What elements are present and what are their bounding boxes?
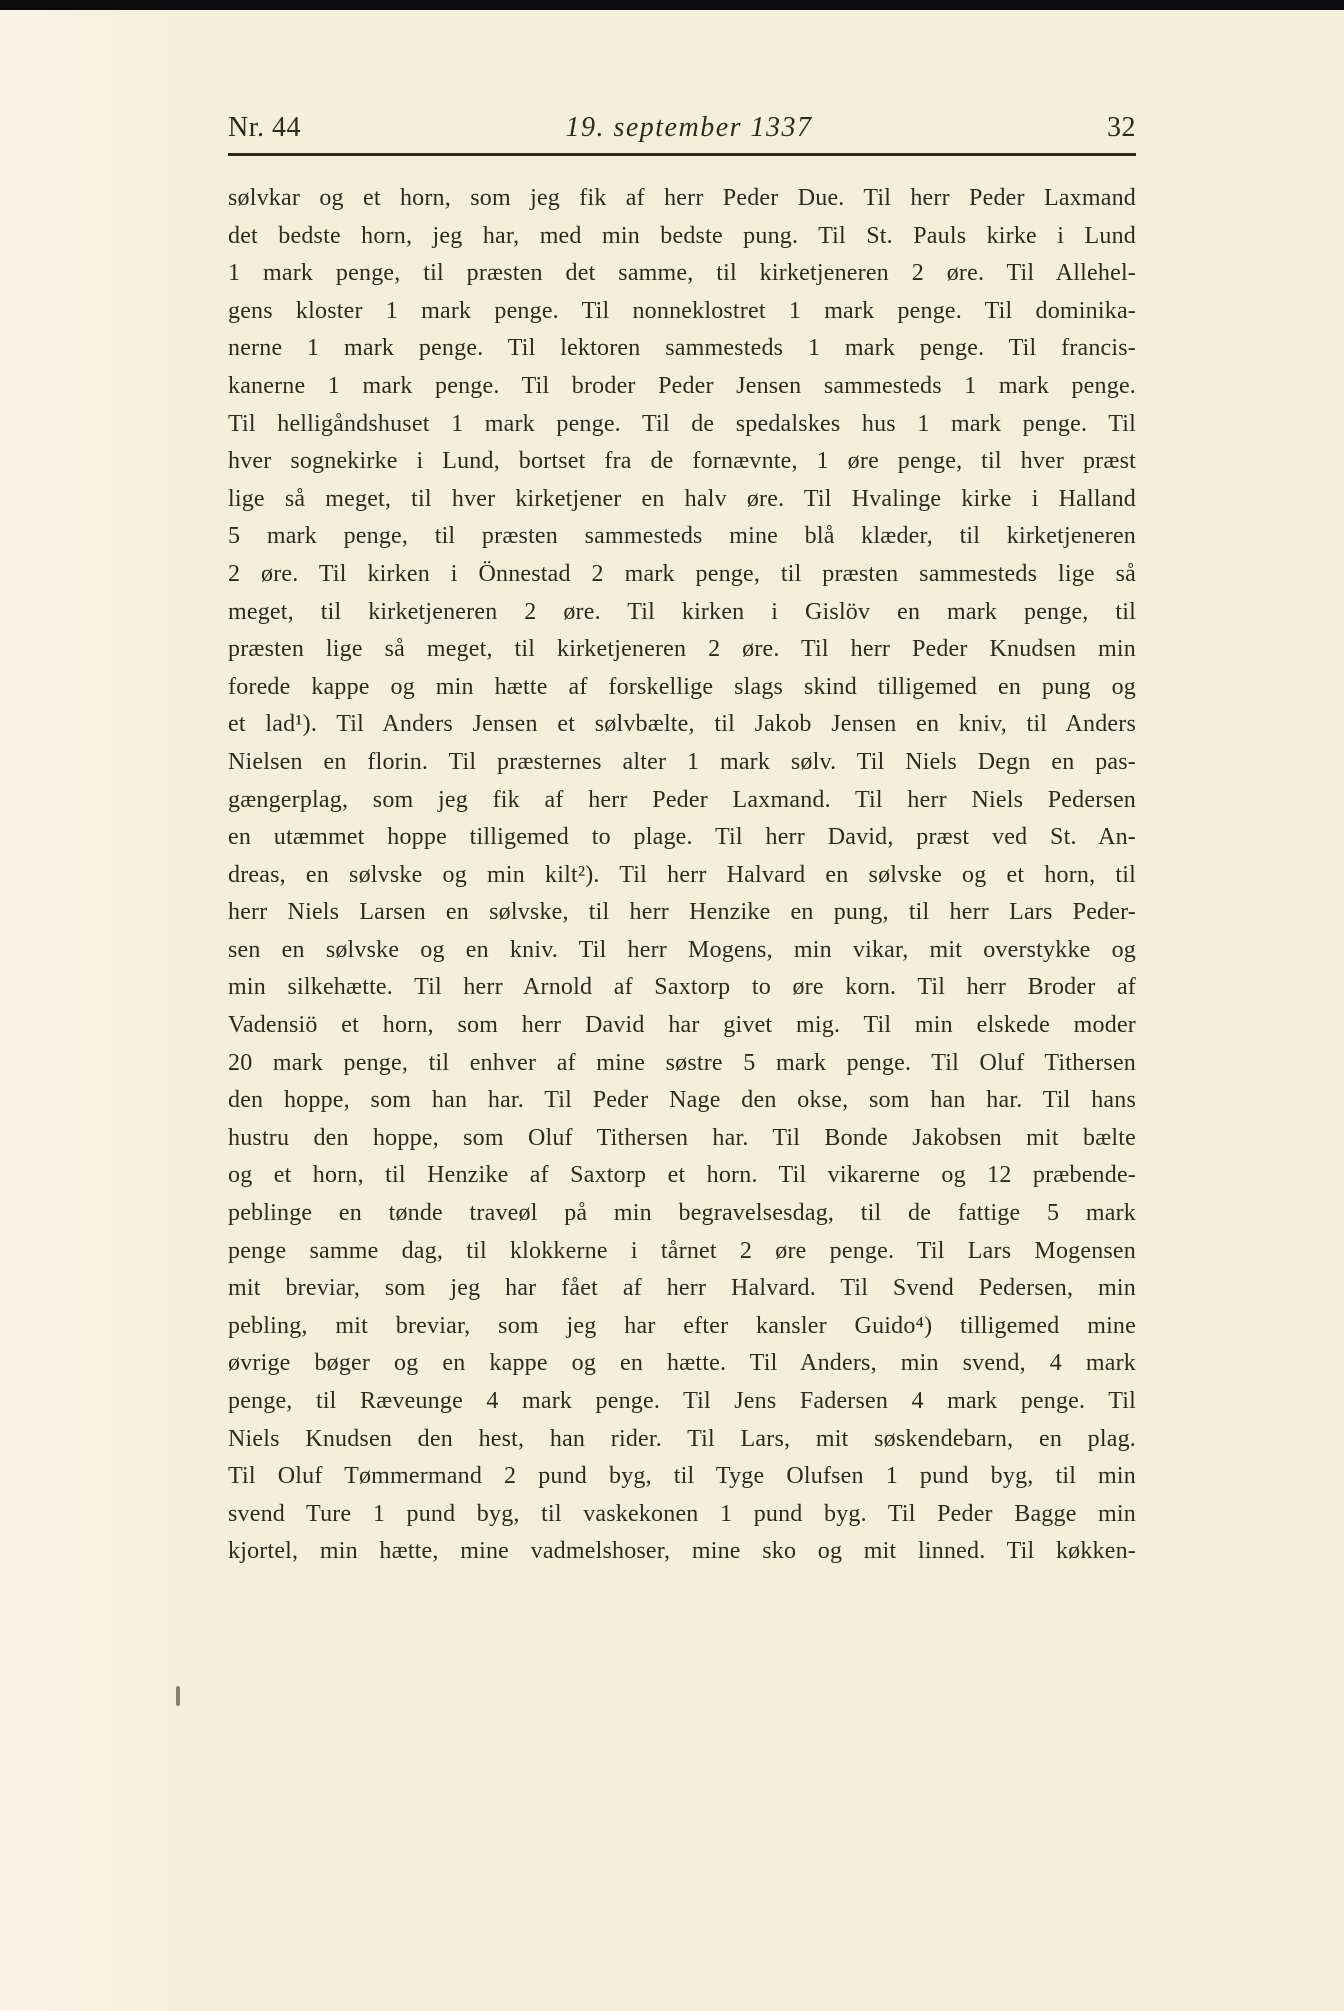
document-body: sølvkar og et horn, som jeg fik af herr …	[228, 180, 1136, 1571]
text-line: kanerne 1 mark penge. Til broder Peder J…	[228, 368, 1136, 406]
text-line: Niels Knudsen den hest, han rider. Til L…	[228, 1421, 1136, 1459]
text-line: hver sognekirke i Lund, bortset fra de f…	[228, 443, 1136, 481]
text-line: lige så meget, til hver kirketjener en h…	[228, 481, 1136, 519]
text-line: Nielsen en florin. Til præsternes alter …	[228, 744, 1136, 782]
text-line: det bedste horn, jeg har, med min bedste…	[228, 218, 1136, 256]
text-line: kjortel, min hætte, mine vadmelshoser, m…	[228, 1533, 1136, 1571]
text-line: Til Oluf Tømmermand 2 pund byg, til Tyge…	[228, 1458, 1136, 1496]
text-line: sølvkar og et horn, som jeg fik af herr …	[228, 180, 1136, 218]
text-line: øvrige bøger og en kappe og en hætte. Ti…	[228, 1345, 1136, 1383]
text-line: forede kappe og min hætte af forskellige…	[228, 669, 1136, 707]
text-line: nerne 1 mark penge. Til lektoren sammest…	[228, 330, 1136, 368]
text-line: en utæmmet hoppe tilligemed to plage. Ti…	[228, 819, 1136, 857]
text-line: og et horn, til Henzike af Saxtorp et ho…	[228, 1157, 1136, 1195]
text-line: hustru den hoppe, som Oluf Tithersen har…	[228, 1120, 1136, 1158]
text-line: præsten lige så meget, til kirketjeneren…	[228, 631, 1136, 669]
text-line: penge, til Ræveunge 4 mark penge. Til Je…	[228, 1383, 1136, 1421]
text-line: den hoppe, som han har. Til Peder Nage d…	[228, 1082, 1136, 1120]
text-line: herr Niels Larsen en sølvske, til herr H…	[228, 894, 1136, 932]
text-line: Til helligåndshuset 1 mark penge. Til de…	[228, 406, 1136, 444]
scan-artifact	[176, 1686, 180, 1706]
text-line: 1 mark penge, til præsten det samme, til…	[228, 255, 1136, 293]
text-line: svend Ture 1 pund byg, til vaskekonen 1 …	[228, 1496, 1136, 1534]
text-line: Vadensiö et horn, som herr David har giv…	[228, 1007, 1136, 1045]
document-number: Nr. 44	[228, 112, 301, 144]
text-line: gens kloster 1 mark penge. Til nonneklos…	[228, 293, 1136, 331]
text-line: min silkehætte. Til herr Arnold af Saxto…	[228, 969, 1136, 1007]
text-line: pebling, mit breviar, som jeg har efter …	[228, 1308, 1136, 1346]
scan-edge-top	[0, 0, 1344, 10]
text-line: dreas, en sølvske og min kilt²). Til her…	[228, 857, 1136, 895]
text-line: 5 mark penge, til præsten sammesteds min…	[228, 518, 1136, 556]
text-line: peblinge en tønde traveøl på min begrave…	[228, 1195, 1136, 1233]
text-line: penge samme dag, til klokkerne i tårnet …	[228, 1233, 1136, 1271]
text-line: 20 mark penge, til enhver af mine søstre…	[228, 1045, 1136, 1083]
text-line: 2 øre. Til kirken i Önnestad 2 mark peng…	[228, 556, 1136, 594]
text-line: mit breviar, som jeg har fået af herr Ha…	[228, 1270, 1136, 1308]
page-header: Nr. 44 19. september 1337 32	[228, 112, 1136, 144]
header-rule	[228, 153, 1136, 156]
text-line: meget, til kirketjeneren 2 øre. Til kirk…	[228, 594, 1136, 632]
page-content: Nr. 44 19. september 1337 32 sølvkar og …	[228, 112, 1136, 1571]
text-line: et lad¹). Til Anders Jensen et sølvbælte…	[228, 706, 1136, 744]
text-line: gængerplag, som jeg fik af herr Peder La…	[228, 782, 1136, 820]
page-number: 32	[1107, 112, 1136, 144]
document-date: 19. september 1337	[301, 112, 1107, 144]
text-line: sen en sølvske og en kniv. Til herr Moge…	[228, 932, 1136, 970]
